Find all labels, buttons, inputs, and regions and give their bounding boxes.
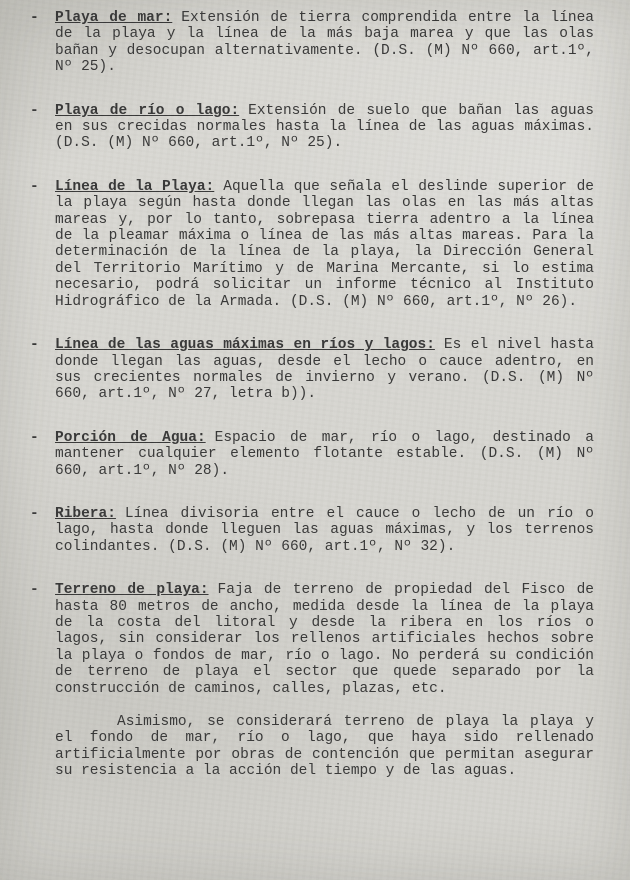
definition-text: Línea divisoria entre el cauce o lecho d… xyxy=(55,506,594,555)
definition-entry-ribera: - Ribera:Línea divisoria entre el cauce … xyxy=(30,506,594,555)
definition-content: Porción de Agua:Espacio de mar, río o la… xyxy=(55,430,594,479)
definition-term: Playa de río o lago: xyxy=(55,103,239,119)
definition-content: Terreno de playa:Faja de terreno de prop… xyxy=(55,582,594,779)
definition-entry-porcion-de-agua: - Porción de Agua:Espacio de mar, río o … xyxy=(30,430,594,479)
definition-content: Playa de río o lago:Extensión de suelo q… xyxy=(55,103,594,152)
list-dash: - xyxy=(30,10,55,26)
list-dash: - xyxy=(30,103,55,119)
definition-entry-linea-de-la-playa: - Línea de la Playa:Aquella que señala e… xyxy=(30,179,594,310)
definition-term: Playa de mar: xyxy=(55,10,172,26)
definition-paragraph-continued: Asimismo, se considerará terreno de play… xyxy=(55,714,594,780)
definition-term: Porción de Agua: xyxy=(55,430,206,446)
definition-paragraph: Terreno de playa:Faja de terreno de prop… xyxy=(55,582,594,697)
list-dash: - xyxy=(30,337,55,353)
definition-content: Línea de la Playa:Aquella que señala el … xyxy=(55,179,594,310)
definition-content: Playa de mar:Extensión de tierra compren… xyxy=(55,10,594,76)
definition-entry-playa-de-rio-o-lago: - Playa de río o lago:Extensión de suelo… xyxy=(30,103,594,152)
definition-paragraph: Porción de Agua:Espacio de mar, río o la… xyxy=(55,430,594,479)
definition-paragraph: Línea de la Playa:Aquella que señala el … xyxy=(55,179,594,310)
definition-content: Línea de las aguas máximas en ríos y lag… xyxy=(55,337,594,403)
definition-content: Ribera:Línea divisoria entre el cauce o … xyxy=(55,506,594,555)
definition-term: Terreno de playa: xyxy=(55,582,209,598)
list-dash: - xyxy=(30,179,55,195)
list-dash: - xyxy=(30,582,55,598)
definition-text: Faja de terreno de propiedad del Fisco d… xyxy=(55,582,594,696)
definition-paragraph: Playa de mar:Extensión de tierra compren… xyxy=(55,10,594,76)
definition-text: Aquella que señala el deslinde superior … xyxy=(55,179,594,310)
definition-paragraph: Línea de las aguas máximas en ríos y lag… xyxy=(55,337,594,403)
definition-entry-playa-de-mar: - Playa de mar:Extensión de tierra compr… xyxy=(30,10,594,76)
list-dash: - xyxy=(30,430,55,446)
definition-entry-terreno-de-playa: - Terreno de playa:Faja de terreno de pr… xyxy=(30,582,594,779)
definition-entry-linea-aguas-maximas: - Línea de las aguas máximas en ríos y l… xyxy=(30,337,594,403)
list-dash: - xyxy=(30,506,55,522)
definition-term: Ribera: xyxy=(55,506,116,522)
definition-term: Línea de la Playa: xyxy=(55,179,214,195)
scanned-document-page: - Playa de mar:Extensión de tierra compr… xyxy=(0,0,630,880)
definition-paragraph: Playa de río o lago:Extensión de suelo q… xyxy=(55,103,594,152)
definition-paragraph: Ribera:Línea divisoria entre el cauce o … xyxy=(55,506,594,555)
definition-term: Línea de las aguas máximas en ríos y lag… xyxy=(55,337,435,353)
